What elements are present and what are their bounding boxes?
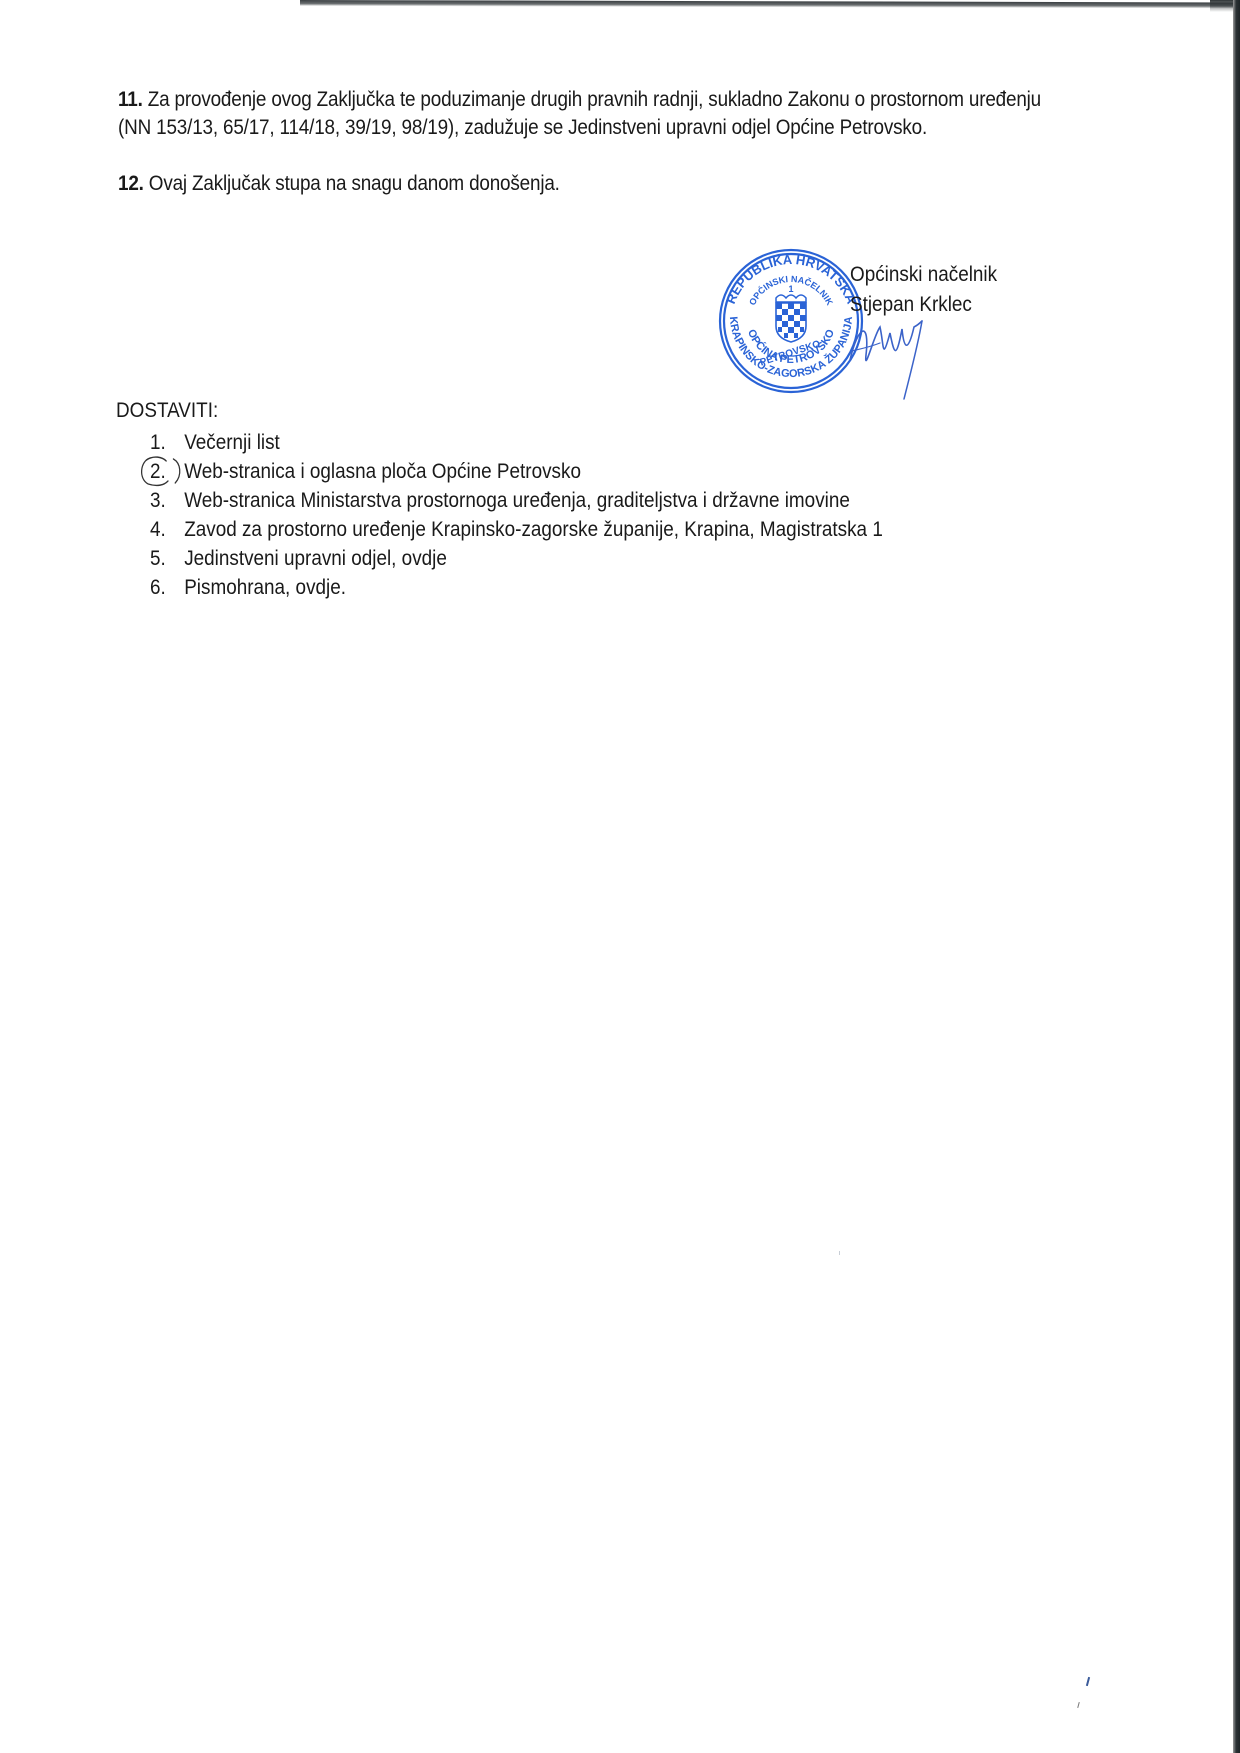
distribution-heading: DOSTAVITI: [116,397,218,425]
item-index: 1. [150,428,184,457]
scan-speck [1077,1702,1080,1708]
scan-speck [1086,1677,1090,1686]
item-text: Jedinstveni upravni odjel, ovdje [184,547,447,570]
item-text: Zavod za prostorno uređenje Krapinsko-za… [184,518,883,541]
scan-edge-top [300,0,1240,8]
distribution-list: 1.Večernji list 2.Web-stranica i oglasna… [150,428,883,602]
distribution-item: 4.Zavod za prostorno uređenje Krapinsko-… [150,515,883,544]
item-text: Web-stranica i oglasna ploča Općine Petr… [184,460,581,483]
item-index: 3. [150,486,184,515]
item-text: Večernji list [184,431,280,454]
distribution-item: 1.Večernji list [150,428,883,457]
paragraph-number: 11. [118,88,143,111]
distribution-item: 6.Pismohrana, ovdje. [150,573,883,602]
paragraph-line: (NN 153/13, 65/17, 114/18, 39/19, 98/19)… [118,116,927,139]
distribution-item: 2.Web-stranica i oglasna ploča Općine Pe… [150,457,883,486]
item-index: 4. [150,515,184,544]
signatory-title: Općinski načelnik [850,260,997,290]
item-index: 6. [150,573,184,602]
scan-speck [839,1251,840,1255]
svg-text:1: 1 [788,284,793,294]
paragraph-11: 11. Za provođenje ovog Zaključka te podu… [118,86,1054,142]
distribution-item: 3.Web-stranica Ministarstva prostornoga … [150,486,883,515]
coat-of-arms-icon [776,295,806,342]
item-text: Pismohrana, ovdje. [184,576,346,599]
paragraph-line: Ovaj Zaključak stupa na snagu danom dono… [149,172,560,195]
distribution-item: 5.Jedinstveni upravni odjel, ovdje [150,544,883,573]
handwritten-circle-mark [137,455,193,487]
item-text: Web-stranica Ministarstva prostornoga ur… [184,489,850,512]
item-index: 5. [150,544,184,573]
paragraph-number: 12. [118,172,144,195]
paragraph-line: Za provođenje ovog Zaključka te poduzima… [148,88,1041,111]
handwritten-signature [840,305,940,405]
scan-edge-right [1233,0,1240,1753]
paragraph-12: 12. Ovaj Zaključak stupa na snagu danom … [118,170,1054,198]
